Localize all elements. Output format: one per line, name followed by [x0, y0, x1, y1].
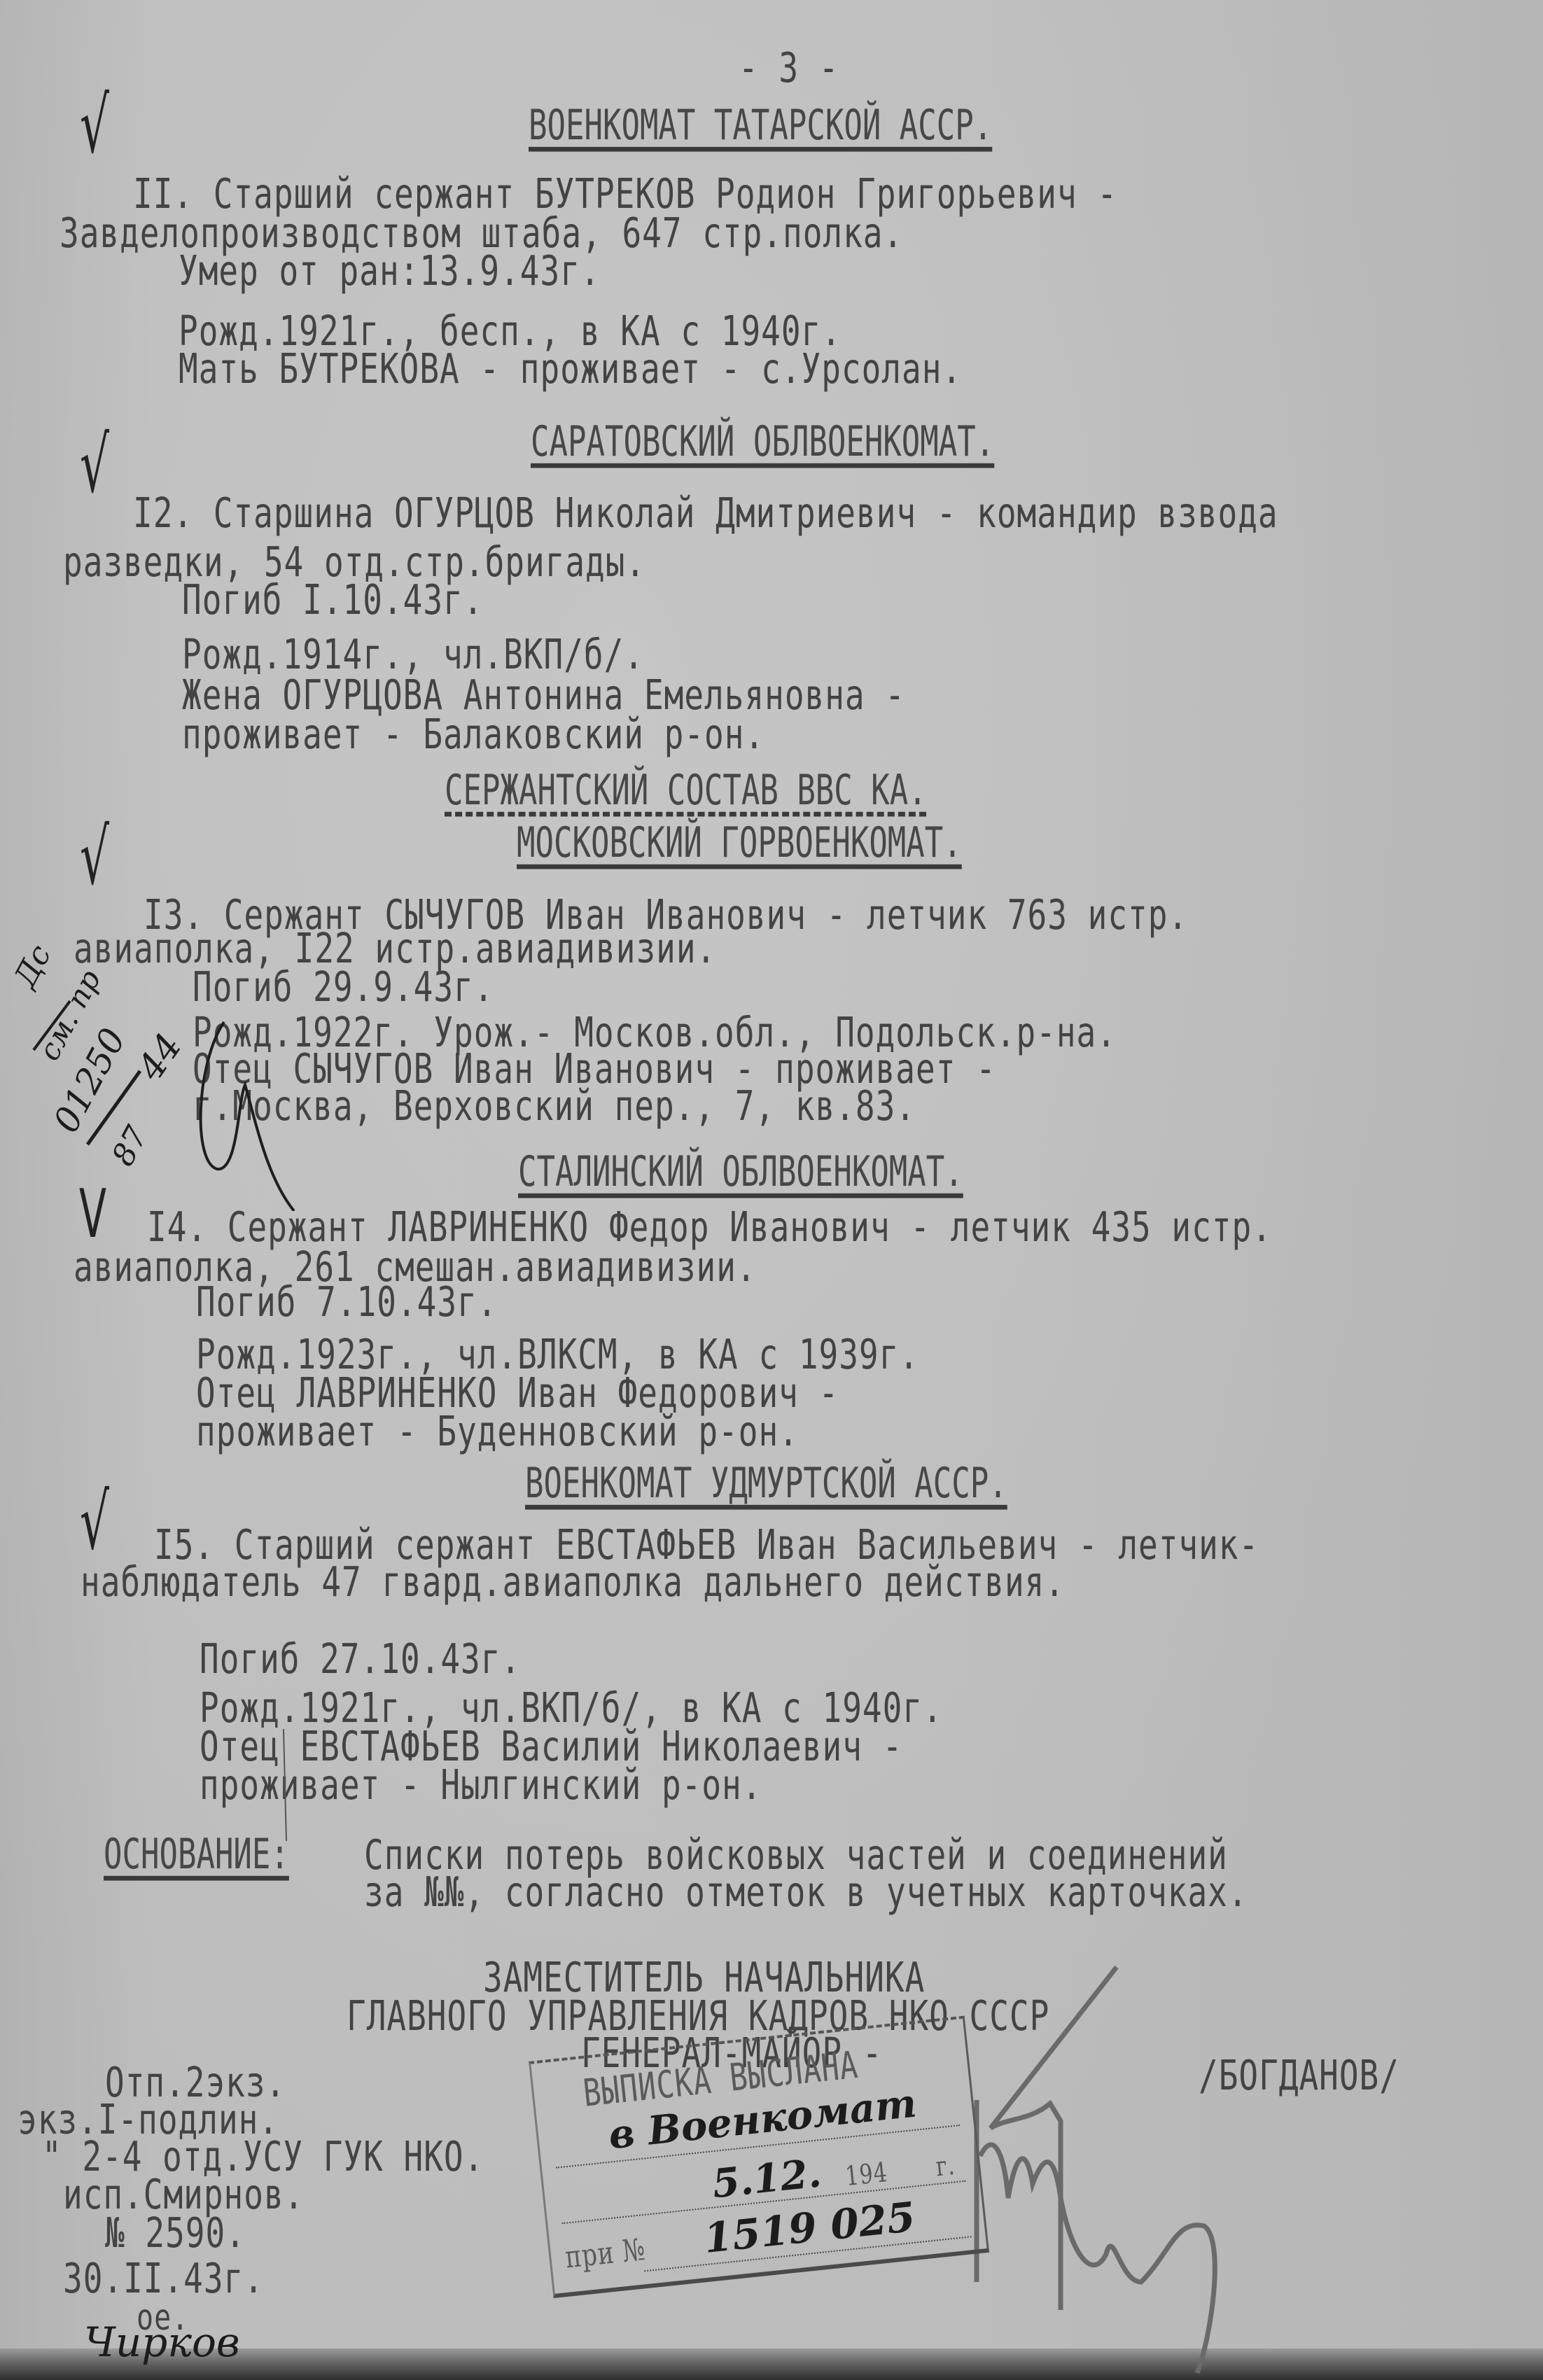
section-heading-vvs: СЕРЖАНТСКИЙ СОСТАВ ВВС КА.: [445, 766, 927, 815]
dispatch-stamp: ВЫПИСКА ВЫСЛАНА в Военкомат 5.12. 194 г.…: [529, 2016, 989, 2299]
section-heading-saratov: САРАТОВСКИЙ ОБЛВОЕНКОМАТ.: [531, 418, 994, 466]
basis-label: ОСНОВАНИЕ:: [104, 1830, 289, 1879]
entry-12-line6: проживает - Балаковский р-он.: [182, 710, 764, 758]
entry-14-line6: проживает - Буденновский р-он.: [196, 1407, 799, 1455]
bottom-handwriting: Чирков: [84, 2318, 240, 2366]
stamp-date: 5.12.: [710, 2150, 823, 2207]
entry-11-line3: Умер от ран:13.9.43г.: [179, 246, 601, 295]
checkmark-icon: √: [80, 420, 109, 510]
entry-14-line3: Погиб 7.10.43г.: [196, 1277, 497, 1326]
section-heading-stalino: СТАЛИНСКИЙ ОБЛВОЕНКОМАТ.: [518, 1148, 963, 1196]
checkmark-icon: √: [80, 812, 109, 902]
section-heading-moscow: МОСКОВСКИЙ ГОРВОЕНКОМАТ.: [517, 819, 962, 867]
footer-note-6: 30.II.43г.: [63, 2254, 264, 2302]
checkmark-icon: √: [80, 80, 109, 170]
footer-note-5: № 2590.: [105, 2208, 246, 2257]
stamp-number-label: при №: [564, 2232, 648, 2276]
entry-15-line3: Погиб 27.10.43г.: [200, 1634, 521, 1683]
section-heading-tatar: ВОЕНКОМАТ ТАТАРСКОЙ АССР.: [529, 101, 992, 150]
entry-15-line2: наблюдатель 47 гвард.авиаполка дальнего …: [81, 1557, 1065, 1606]
checkmark-icon: V: [79, 1176, 106, 1253]
pencil-line-icon: [277, 1729, 291, 1841]
margin-signature-icon: [14, 980, 308, 1211]
page-number: - 3 -: [739, 43, 839, 92]
section-heading-udmurt: ВОЕНКОМАТ УДМУРТСКОЙ АССР.: [525, 1459, 1007, 1508]
entry-12-line3: Погиб I.10.43г.: [182, 575, 483, 624]
general-signature-icon: [910, 1890, 1400, 2380]
stamp-year-suffix: г.: [935, 2150, 957, 2183]
stamp-year-prefix: 194: [844, 2157, 889, 2192]
entry-11-line5: Мать БУТРЕКОВА - проживает - с.Урсолан.: [179, 344, 962, 393]
checkmark-icon: √: [80, 1477, 109, 1567]
entry-12-line1: I2. Старшина ОГУРЦОВ Николай Дмитриевич …: [133, 489, 1278, 537]
